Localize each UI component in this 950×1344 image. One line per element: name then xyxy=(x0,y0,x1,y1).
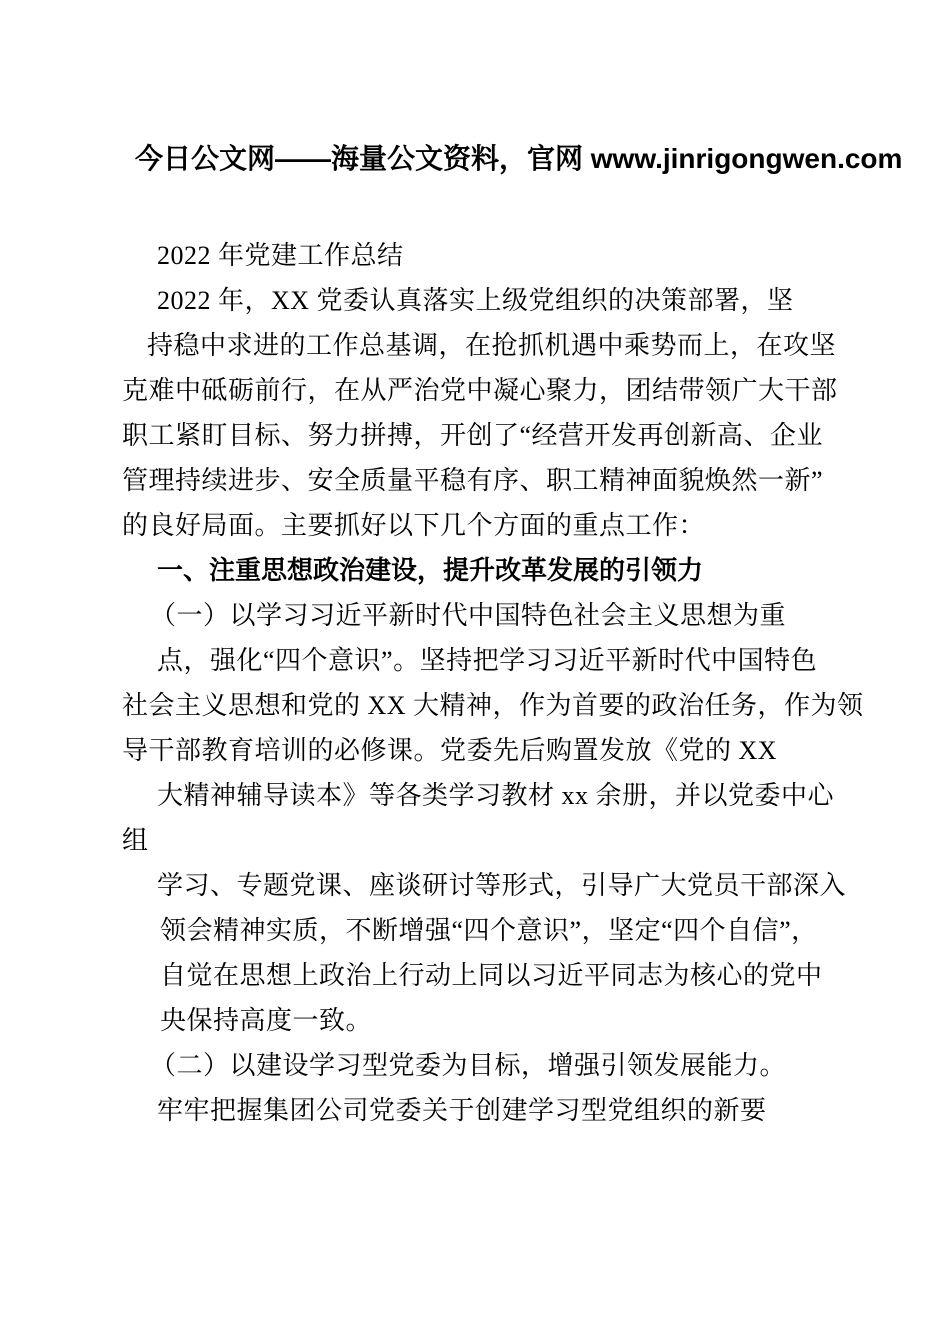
doc-line: 的良好局面。主要抓好以下几个方面的重点工作： xyxy=(122,503,912,548)
doc-line: 持稳中求进的工作总基调，在抢抓机遇中乘势而上，在攻坚 xyxy=(122,323,912,368)
doc-line: 大精神辅导读本》等各类学习教材 xx 余册，并以党委中心 xyxy=(122,773,912,818)
doc-line: 领会精神实质，不断增强“四个意识”，坚定“四个自信”， xyxy=(122,908,912,953)
site-header-text: 今日公文网——海量公文资料，官网 www.jinrigongwen.com xyxy=(135,141,902,177)
doc-line: 社会主义思想和党的 XX 大精神，作为首要的政治任务，作为领 xyxy=(122,683,912,728)
doc-line: 牢牢把握集团公司党委关于创建学习型党组织的新要 xyxy=(122,1088,912,1133)
doc-line: 职工紧盯目标、努力拼搏，开创了“经营开发再创新高、企业 xyxy=(122,413,912,458)
document-body: 2022 年党建工作总结 2022 年，XX 党委认真落实上级党组织的决策部署，… xyxy=(122,233,912,1133)
doc-line: 2022 年，XX 党委认真落实上级党组织的决策部署，坚 xyxy=(122,278,912,323)
doc-line: 央保持高度一致。 xyxy=(122,998,912,1043)
subsection-heading-2: （二）以建设学习型党委为目标，增强引领发展能力。 xyxy=(122,1043,912,1088)
doc-line: 点，强化“四个意识”。坚持把学习习近平新时代中国特色 xyxy=(122,638,912,683)
doc-line: 克难中砥砺前行，在从严治党中凝心聚力，团结带领广大干部 xyxy=(122,368,912,413)
doc-line: 组 xyxy=(122,818,912,863)
doc-title: 2022 年党建工作总结 xyxy=(122,233,912,278)
doc-line: 自觉在思想上政治上行动上同以习近平同志为核心的党中 xyxy=(122,953,912,998)
subsection-heading-1: （一）以学习习近平新时代中国特色社会主义思想为重 xyxy=(122,593,912,638)
document-page: 今日公文网——海量公文资料，官网 www.jinrigongwen.com 20… xyxy=(0,0,950,1344)
doc-line: 管理持续进步、安全质量平稳有序、职工精神面貌焕然一新” xyxy=(122,458,912,503)
doc-line: 学习、专题党课、座谈研讨等形式，引导广大党员干部深入 xyxy=(122,863,912,908)
section-heading-1: 一、注重思想政治建设，提升改革发展的引领力 xyxy=(122,548,912,593)
doc-line: 导干部教育培训的必修课。党委先后购置发放《党的 XX xyxy=(122,728,912,773)
